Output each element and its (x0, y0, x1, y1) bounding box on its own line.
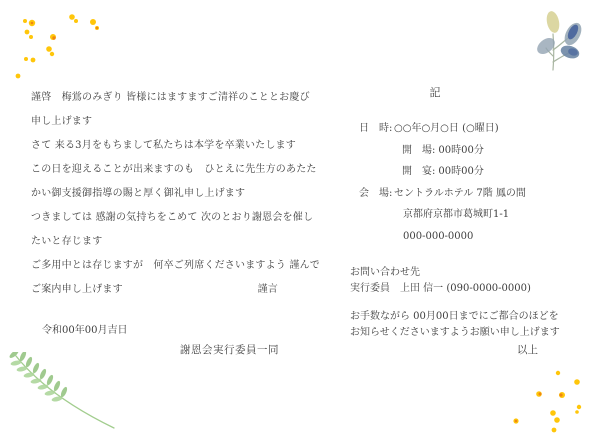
keigo-closing: 謹言 (258, 278, 278, 302)
watercolor-leaf-branch-top-right (513, 6, 595, 76)
mimosa-dots-bottom-right (505, 365, 590, 437)
detail-row-venue: 会 場: セントラルホテル 7階 鳳の間 (350, 183, 560, 205)
detail-label: 日 時: (350, 118, 394, 140)
mimosa-dot-cluster-icon (16, 14, 99, 78)
details-header-ki: 記 (350, 86, 520, 100)
rsvp-line: お知らせくださいますようお願い申し上げます (350, 325, 560, 341)
invitation-card: { "left": { "greeting_lines": [ "謹啓 梅鴬のみ… (0, 0, 600, 444)
mimosa-dot-cluster-icon (513, 371, 581, 433)
detail-value: ○○年○月○日 (○曜日) (394, 118, 499, 140)
venue-address: 京都府京都市葛城町1-1 (403, 204, 509, 226)
detail-row-phone: 000-000-0000 (350, 226, 560, 248)
fern-leaves-upper-icon (8, 352, 68, 398)
greeting-line: ご多用中とは存じますが 何卒ご列席くださいますよう 謹んで (31, 254, 278, 278)
greeting-closing-row: ご案内申し上げます 謹言 (31, 278, 278, 302)
green-fern-branch-bottom-left (0, 352, 118, 436)
leaf-cream-icon (545, 10, 561, 34)
greeting-line: かい御支援御指導の賜と厚く御礼申し上げます (31, 182, 278, 206)
detail-value: セントラルホテル 7階 鳳の間 (394, 183, 526, 205)
rsvp-line: お手数ながら 00月00日までにご都合のほどを (350, 309, 560, 325)
greeting-line: 申し上げます (31, 110, 278, 134)
detail-label: 開 宴: (402, 161, 435, 183)
detail-row-doors-open: 開 場: 00時00分 (350, 140, 560, 162)
letter-date: 令和00年00月吉日 (42, 324, 127, 338)
rsvp-block: お手数ながら 00月00日までにご都合のほどを お知らせくださいますようお願い申… (350, 309, 560, 340)
closing-ijou: 以上 (350, 343, 538, 357)
event-details: 日 時: ○○年○月○日 (○曜日) 開 場: 00時00分 開 宴: 00時0… (350, 118, 560, 247)
mimosa-dot-accents-icon (31, 22, 99, 40)
mimosa-dots-top-left (10, 12, 115, 84)
detail-value: 00時00分 (438, 161, 483, 183)
venue-phone: 000-000-0000 (403, 226, 473, 248)
detail-row-banquet-start: 開 宴: 00時00分 (350, 161, 560, 183)
committee-signature: 謝恩会実行委員一同 (180, 343, 279, 357)
contact-block: お問い合わせ先 実行委員 上田 信一 (090-0000-0000) (350, 265, 560, 296)
greeting-closing-text: ご案内申し上げます (31, 278, 123, 302)
detail-label: 会 場: (350, 183, 394, 205)
greeting-body: 謹啓 梅鴬のみぎり 皆様にはますますご清祥のこととお慶び 申し上げます さて 来… (31, 86, 278, 302)
greeting-line: つきましては 感謝の気持ちをこめて 次のとおり謝恩会を催し (31, 206, 278, 230)
greeting-line: この日を迎えることが出来ますのも ひとえに先生方のあたた (31, 158, 278, 182)
greeting-line: さて 来る3月をもちまして私たちは本学を卒業いたします (31, 134, 278, 158)
detail-value: 00時00分 (438, 140, 483, 162)
contact-heading: お問い合わせ先 (350, 265, 560, 281)
greeting-line: 謹啓 梅鴬のみぎり 皆様にはますますご清祥のこととお慶び (31, 86, 278, 110)
greeting-line: たいと存じます (31, 230, 278, 254)
detail-row-datetime: 日 時: ○○年○月○日 (○曜日) (350, 118, 560, 140)
detail-label: 開 場: (402, 140, 435, 162)
contact-person: 実行委員 上田 信一 (090-0000-0000) (350, 281, 560, 297)
detail-row-address: 京都府京都市葛城町1-1 (350, 204, 560, 226)
